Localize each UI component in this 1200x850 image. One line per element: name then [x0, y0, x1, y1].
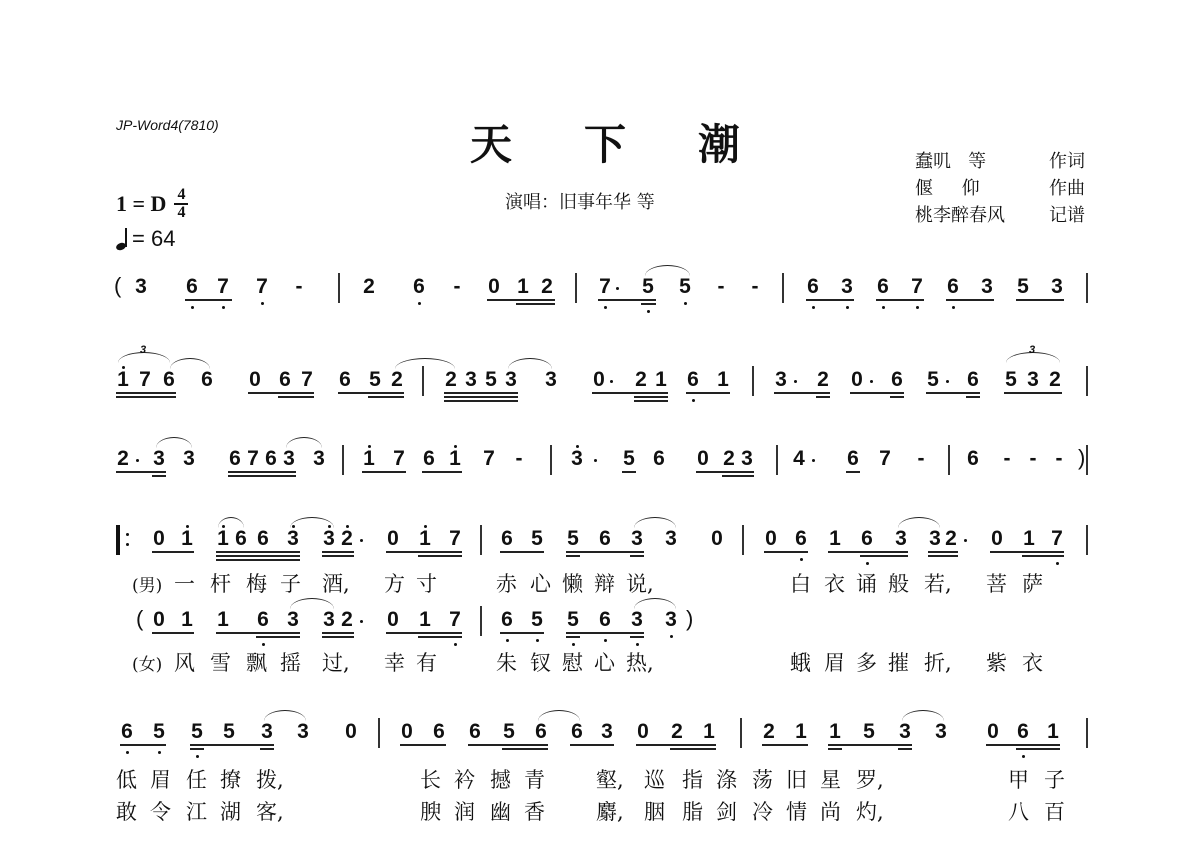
credit-role: 记谱	[1049, 202, 1085, 229]
note: 6	[860, 527, 874, 551]
octave-dot-below	[454, 643, 457, 646]
lyric-verse2: 胭	[644, 796, 665, 826]
augmentation-dot	[870, 380, 873, 383]
beam	[630, 632, 644, 634]
lyric-male: 寸	[416, 568, 437, 598]
beam	[1022, 555, 1064, 557]
note: 7	[482, 447, 496, 471]
lyric-female: 摧	[888, 647, 909, 677]
title-char: 天	[470, 112, 512, 172]
credits: 蠢叽 等作词 偃 仰作曲 桃李醉春风记谱	[915, 148, 1085, 229]
lyric-female: 幸	[384, 647, 405, 677]
octave-dot-below	[647, 310, 650, 313]
note: 1	[654, 368, 668, 392]
paren: (	[114, 273, 121, 299]
lyric-verse1: 任	[186, 764, 207, 794]
lyric-female: 眉	[824, 647, 845, 677]
beam	[566, 551, 580, 553]
beam	[630, 636, 644, 638]
beam	[686, 392, 730, 394]
singer-line: 演唱：旧事年华 等	[505, 188, 655, 214]
note: 6	[806, 275, 820, 299]
beam	[322, 551, 354, 553]
slur	[645, 265, 690, 276]
lyric-verse2: 尚	[820, 796, 841, 826]
lyric-male: 辩	[594, 568, 615, 598]
note: 5	[566, 608, 580, 632]
note: 6	[890, 368, 904, 392]
tempo-marking: = 64	[116, 226, 175, 252]
beam	[1016, 744, 1060, 746]
note: 3	[664, 608, 678, 632]
note: 2	[390, 368, 404, 392]
beam	[890, 392, 904, 394]
lyric-male: 菩	[986, 568, 1007, 598]
note: 0	[344, 720, 358, 744]
note: 6	[256, 527, 270, 551]
slur	[538, 710, 580, 721]
note: 5	[502, 720, 516, 744]
note: 0	[986, 720, 1000, 744]
lyric-female: 热,	[626, 647, 654, 677]
barline	[342, 445, 344, 475]
lyric-female: 飘	[246, 647, 267, 677]
note: 7	[300, 368, 314, 392]
note: 3	[322, 527, 336, 551]
note: 6	[228, 447, 242, 471]
beam	[946, 299, 994, 301]
note: 5	[862, 720, 876, 744]
note: 6	[598, 527, 612, 551]
octave-dot-below	[572, 643, 575, 646]
credit-role: 作词	[1049, 148, 1085, 175]
octave-dot-above	[424, 525, 427, 528]
note: 5	[1016, 275, 1030, 299]
lyric-verse1: 撩	[220, 764, 241, 794]
beam	[634, 392, 668, 394]
credit-name: 桃李醉春风	[915, 202, 1005, 229]
note: 0	[710, 527, 724, 551]
beam	[190, 748, 204, 750]
lyric-verse2: 客,	[256, 796, 284, 826]
credit-name: 偃 仰	[915, 175, 980, 202]
slur	[898, 517, 940, 528]
note: 0	[696, 447, 710, 471]
lyric-verse1: 撼	[490, 764, 511, 794]
barline	[338, 273, 340, 303]
note: 3	[630, 527, 644, 551]
lyric-verse2: 情	[786, 796, 807, 826]
octave-dot-below	[191, 306, 194, 309]
beam	[228, 475, 296, 477]
slur	[508, 358, 552, 369]
note: 3	[570, 447, 584, 471]
voice-label-female: (女)	[132, 650, 162, 675]
note: 3	[286, 608, 300, 632]
beam	[570, 744, 614, 746]
lyric-verse2: 幽	[490, 796, 511, 826]
dash: -	[914, 447, 928, 471]
paren: )	[1078, 445, 1085, 471]
octave-dot-below	[222, 306, 225, 309]
lyric-verse1: 甲	[1008, 764, 1029, 794]
beam	[860, 555, 908, 557]
lyric-male: 方	[384, 568, 405, 598]
beam	[422, 471, 462, 473]
note: 5	[926, 368, 940, 392]
slur	[170, 358, 210, 369]
lyric-verse1: 星	[820, 764, 841, 794]
beam	[418, 636, 462, 638]
note: 3	[840, 275, 854, 299]
note: 3	[464, 368, 478, 392]
note: 7	[1050, 527, 1064, 551]
beam	[764, 551, 808, 553]
beam	[418, 555, 462, 557]
slur	[286, 437, 322, 448]
lyric-female: 多	[856, 647, 877, 677]
lyric-female: 有	[416, 647, 437, 677]
note: 5	[368, 368, 382, 392]
augmentation-dot	[616, 287, 619, 290]
note: 3	[600, 720, 614, 744]
slur	[634, 517, 676, 528]
note: 7	[246, 447, 260, 471]
lyric-verse2: 香	[524, 796, 545, 826]
note: 1	[448, 447, 462, 471]
barline	[1086, 445, 1088, 475]
note: 3	[898, 720, 912, 744]
dash: -	[450, 275, 464, 299]
augmentation-dot	[136, 459, 139, 462]
lyric-male: 子	[280, 568, 301, 598]
note: 2	[340, 608, 354, 632]
note: 6	[278, 368, 292, 392]
note: 3	[774, 368, 788, 392]
octave-dot-below	[670, 635, 673, 638]
lyric-verse2: 湖	[220, 796, 241, 826]
beam	[722, 475, 754, 477]
lyric-male: 白	[790, 568, 811, 598]
augmentation-dot	[360, 539, 363, 542]
lyric-male: 一	[174, 568, 195, 598]
beam	[190, 744, 204, 746]
beam	[816, 392, 830, 394]
octave-dot-below	[158, 751, 161, 754]
note: 6	[120, 720, 134, 744]
beam	[216, 551, 300, 553]
octave-dot-above	[368, 445, 371, 448]
beam	[516, 303, 555, 305]
lyric-female: 风	[174, 647, 195, 677]
beam	[444, 396, 518, 398]
note: 1	[828, 720, 842, 744]
dash: -	[512, 447, 526, 471]
beam	[566, 555, 580, 557]
beam	[400, 744, 446, 746]
beam	[260, 748, 274, 750]
beam	[216, 559, 300, 561]
beam	[762, 744, 808, 746]
note: 6	[432, 720, 446, 744]
note: 6	[570, 720, 584, 744]
repeat-start-barline	[116, 525, 120, 555]
key-signature: 1 = D 4 4	[116, 188, 188, 220]
slur	[290, 517, 334, 528]
beam	[1022, 551, 1064, 553]
note: 1	[716, 368, 730, 392]
augmentation-dot	[594, 459, 597, 462]
octave-dot-below	[536, 639, 539, 642]
beam	[806, 299, 854, 301]
note: 6	[598, 608, 612, 632]
beam	[860, 551, 908, 553]
octave-dot-below	[506, 639, 509, 642]
note: 2	[670, 720, 684, 744]
note: 1	[362, 447, 376, 471]
augmentation-dot	[812, 459, 815, 462]
octave-dot-below	[812, 306, 815, 309]
beam	[368, 396, 404, 398]
barline	[480, 525, 482, 555]
slur	[290, 598, 334, 609]
note: 0	[764, 527, 778, 551]
beam	[256, 632, 300, 634]
note: 7	[138, 368, 152, 392]
beam	[898, 748, 912, 750]
octave-dot-above	[454, 445, 457, 448]
note: 6	[185, 275, 199, 299]
note: 2	[340, 527, 354, 551]
note: 6	[966, 368, 980, 392]
beam	[641, 303, 656, 305]
beam	[260, 744, 274, 746]
augmentation-dot	[794, 380, 797, 383]
lyric-female: 朱	[496, 647, 517, 677]
beam	[152, 475, 166, 477]
lyric-verse1: 低	[116, 764, 137, 794]
note: 7	[448, 527, 462, 551]
note: 3	[934, 720, 948, 744]
note: 1	[794, 720, 808, 744]
barline	[480, 606, 482, 636]
beam	[928, 551, 958, 553]
lyric-male: 若,	[924, 568, 952, 598]
lyric-male: 诵	[856, 568, 877, 598]
beam	[928, 555, 958, 557]
note: 3	[312, 447, 326, 471]
lyric-verse1: 巡	[644, 764, 665, 794]
lyric-verse2: 八	[1008, 796, 1029, 826]
quarter-note-icon	[116, 228, 128, 250]
beam	[630, 555, 644, 557]
note: 2	[944, 527, 958, 551]
lyric-verse1: 青	[524, 764, 545, 794]
note: 3	[630, 608, 644, 632]
note: 1	[1046, 720, 1060, 744]
octave-dot-below	[262, 643, 265, 646]
note: 3	[260, 720, 274, 744]
note: 6	[652, 447, 666, 471]
note: 6	[500, 608, 514, 632]
beam	[622, 471, 636, 473]
note: 2	[816, 368, 830, 392]
beam	[566, 632, 580, 634]
octave-dot-below	[604, 306, 607, 309]
beam	[418, 632, 462, 634]
lyric-female: 蛾	[790, 647, 811, 677]
beam	[322, 636, 354, 638]
lyric-female: 摇	[280, 647, 301, 677]
dash: -	[292, 275, 306, 299]
barline	[948, 445, 950, 475]
note: 2	[1048, 368, 1062, 392]
note: 6	[468, 720, 482, 744]
note: 3	[182, 447, 196, 471]
lyric-male: 懒	[562, 568, 583, 598]
lyric-verse1: 壑,	[596, 764, 624, 794]
note: 6	[412, 275, 426, 299]
note: 0	[386, 608, 400, 632]
octave-dot-above	[346, 525, 349, 528]
note: 0	[152, 608, 166, 632]
lyric-male: 心	[530, 568, 551, 598]
lyric-verse1: 眉	[150, 764, 171, 794]
beam	[322, 555, 354, 557]
note: 6	[200, 368, 214, 392]
note: 5	[152, 720, 166, 744]
note: 0	[400, 720, 414, 744]
note: 6	[846, 447, 860, 471]
beam	[228, 471, 296, 473]
note: 1	[216, 608, 230, 632]
beam	[516, 299, 555, 301]
lyric-female: 折,	[924, 647, 952, 677]
beam	[120, 744, 166, 746]
note: 5	[1004, 368, 1018, 392]
lyric-verse2: 润	[454, 796, 475, 826]
beam	[444, 400, 518, 402]
lyric-verse2: 百	[1044, 796, 1065, 826]
note: 2	[540, 275, 554, 299]
slur	[395, 358, 455, 369]
lyric-male: 赤	[496, 568, 517, 598]
note: 6	[256, 608, 270, 632]
beam	[828, 748, 842, 750]
note: 6	[794, 527, 808, 551]
augmentation-dot	[964, 539, 967, 542]
lyric-verse1: 子	[1044, 764, 1065, 794]
note: 7	[598, 275, 612, 299]
dash: -	[714, 275, 728, 299]
lyric-female: 雪	[210, 647, 231, 677]
slur	[218, 517, 244, 528]
augmentation-dot	[360, 620, 363, 623]
lyric-verse1: 旧	[786, 764, 807, 794]
barline	[776, 445, 778, 475]
octave-dot-below	[604, 639, 607, 642]
octave-dot-above	[576, 445, 579, 448]
note: 1	[180, 527, 194, 551]
lyric-verse2: 腴	[420, 796, 441, 826]
beam	[418, 551, 462, 553]
barline	[740, 718, 742, 748]
triplet-mark: 3	[1029, 344, 1035, 356]
dash: -	[1000, 447, 1014, 471]
beam	[500, 632, 544, 634]
note: 7	[255, 275, 269, 299]
barline	[752, 366, 754, 396]
beam	[898, 744, 912, 746]
note: 3	[928, 527, 942, 551]
time-sig-bottom: 4	[177, 206, 185, 220]
dash: -	[1052, 447, 1066, 471]
octave-dot-below	[684, 302, 687, 305]
note: 6	[534, 720, 548, 744]
note: 1	[116, 368, 130, 392]
beam	[634, 396, 668, 398]
lyric-verse2: 冷	[752, 796, 773, 826]
augmentation-dot	[610, 380, 613, 383]
octave-dot-below	[126, 751, 129, 754]
note: 6	[1016, 720, 1030, 744]
beam	[828, 744, 842, 746]
lyric-verse1: 荡	[752, 764, 773, 794]
title-char: 下	[584, 112, 626, 172]
beam	[641, 299, 656, 301]
note: 5	[222, 720, 236, 744]
lyric-verse2: 麝,	[596, 796, 624, 826]
note: 7	[216, 275, 230, 299]
beam	[152, 551, 194, 553]
beam	[278, 392, 314, 394]
octave-dot-below	[916, 306, 919, 309]
lyric-verse2: 江	[186, 796, 207, 826]
lyric-verse1: 拨,	[256, 764, 284, 794]
beam	[966, 396, 980, 398]
title-char: 潮	[698, 112, 740, 172]
lyric-female: 衣	[1022, 647, 1043, 677]
lyric-verse1: 长	[420, 764, 441, 794]
lyric-male: 说,	[626, 568, 654, 598]
lyric-male: 衣	[824, 568, 845, 598]
note: 3	[152, 447, 166, 471]
lyric-verse2: 令	[150, 796, 171, 826]
note: 2	[116, 447, 130, 471]
lyric-male: 萨	[1022, 568, 1043, 598]
slur	[902, 710, 944, 721]
beam	[876, 299, 924, 301]
octave-dot-below	[882, 306, 885, 309]
lyric-verse1: 衿	[454, 764, 475, 794]
note: 6	[946, 275, 960, 299]
note: 2	[634, 368, 648, 392]
beam	[816, 396, 830, 398]
note: 3	[544, 368, 558, 392]
note: 5	[484, 368, 498, 392]
note: 3	[282, 447, 296, 471]
note: 3	[1050, 275, 1064, 299]
beam	[116, 392, 176, 394]
note: 1	[828, 527, 842, 551]
octave-dot-below	[1056, 562, 1059, 565]
tempo-value: = 64	[132, 226, 175, 252]
lyric-female: 心	[594, 647, 615, 677]
beam	[185, 299, 232, 301]
lyric-verse2: 剑	[716, 796, 737, 826]
beam	[502, 748, 548, 750]
note: 7	[392, 447, 406, 471]
